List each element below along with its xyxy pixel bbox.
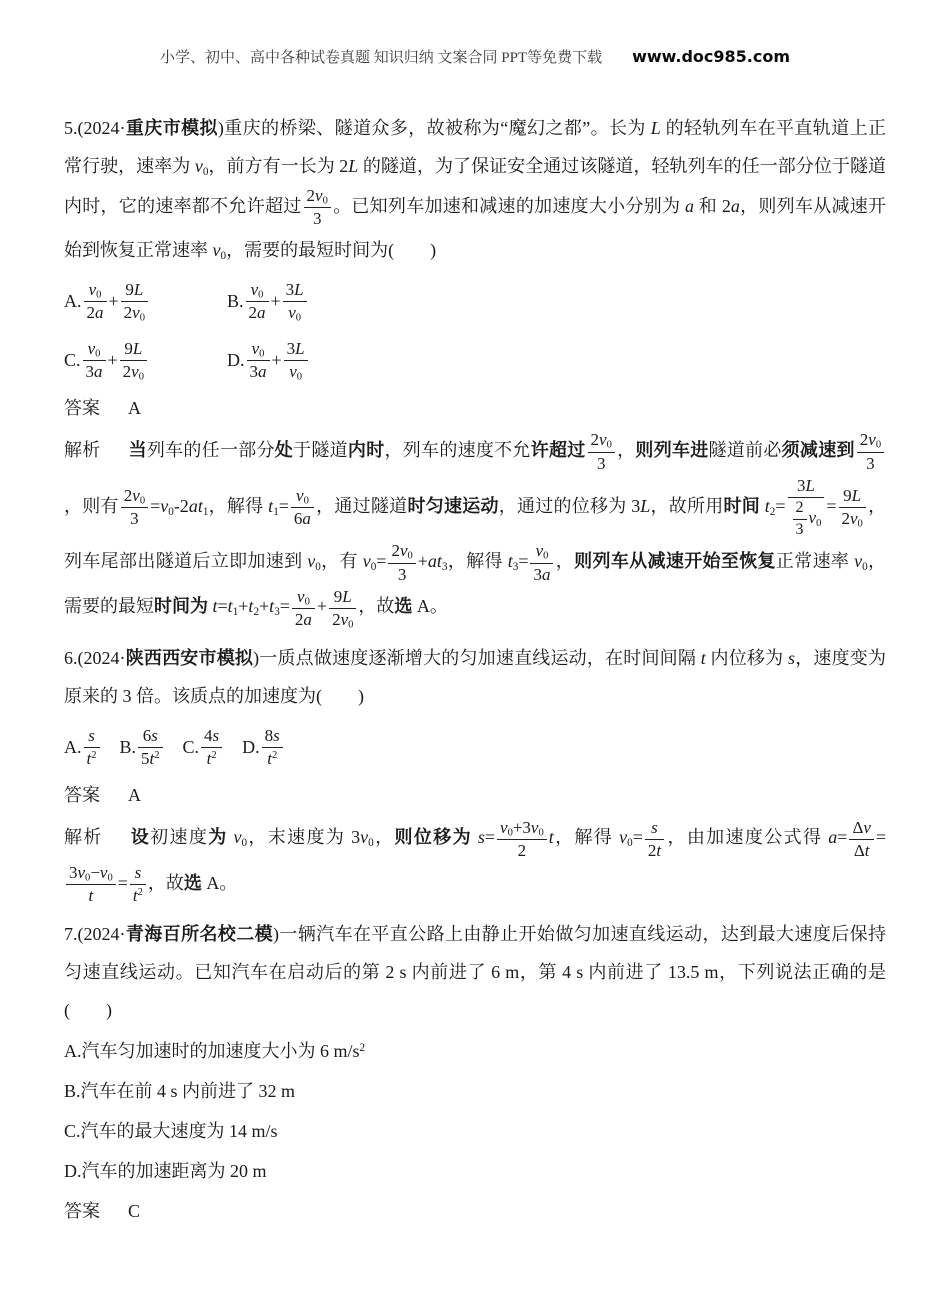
analysis-label: 解析 xyxy=(64,440,101,460)
q5-analysis: 解析当列车的任一部分处于隧道内时，列车的速度不允许超过2v03，则列车进隧道前必… xyxy=(64,429,886,630)
q6-answer-value: A xyxy=(128,785,141,805)
fraction: 9L2v0 xyxy=(839,485,866,530)
fraction: 2v03 xyxy=(121,485,148,530)
q6-option-d: D.8st2 xyxy=(242,725,285,770)
fraction: st2 xyxy=(84,725,100,770)
answer-label: 答案 xyxy=(64,1201,100,1221)
fraction: v03a xyxy=(83,338,106,383)
question-7-stem: 7.(2024·青海百所名校二模)一辆汽车在平直公路上由静止开始做匀加速直线运动… xyxy=(64,915,886,1029)
q5-option-b: B.v02a+3Lv0 xyxy=(227,279,310,324)
q7-answer-row: 答案C xyxy=(64,1192,886,1230)
question-6-options: A.st2 B.6s5t2 C.4st2 D.8st2 xyxy=(64,725,886,770)
fraction: 4st2 xyxy=(201,725,222,770)
fraction: 3Lv0 xyxy=(284,338,308,383)
q5-option-d: D.v03a+3Lv0 xyxy=(227,338,310,383)
fraction: 3L23v0 xyxy=(788,475,825,541)
q6-analysis-body: 设初速度为 v0，末速度为 3v0，则位移为 s=v0+3v02t，解得 v0=… xyxy=(64,827,886,892)
answer-label: 答案 xyxy=(64,785,100,805)
fraction: v06a xyxy=(291,485,314,530)
page-header: 小学、初中、高中各种试卷真题 知识归纳 文案合同 PPT等免费下载www.doc… xyxy=(64,46,886,67)
fraction: ΔvΔt xyxy=(849,817,873,862)
q5-answer-value: A xyxy=(128,398,141,418)
fraction: 3v0−v0t xyxy=(66,862,116,907)
header-text: 小学、初中、高中各种试卷真题 知识归纳 文案合同 PPT等免费下载 xyxy=(160,50,602,66)
question-6: 6.(2024·陕西西安市模拟)一质点做速度逐渐增大的匀加速直线运动，在时间间隔… xyxy=(64,639,886,907)
q5-option-a: A.v02a+9L2v0 xyxy=(64,279,189,324)
fraction: v03a xyxy=(530,540,553,585)
fraction: 2v03 xyxy=(588,429,615,474)
q5-option-c: C.v03a+9L2v0 xyxy=(64,338,189,383)
fraction: 23 xyxy=(793,498,807,541)
fraction: 9L2v0 xyxy=(121,279,148,324)
question-6-stem: 6.(2024·陕西西安市模拟)一质点做速度逐渐增大的匀加速直线运动，在时间间隔… xyxy=(64,639,886,715)
fraction: 6s5t2 xyxy=(138,725,163,770)
q6-option-b: B.6s5t2 xyxy=(120,725,165,770)
fraction: 2v03 xyxy=(304,185,331,230)
question-5-options: A.v02a+9L2v0 B.v02a+3Lv0 C.v03a+9L2v0 D.… xyxy=(64,279,886,384)
question-5-stem: 5.(2024·重庆市模拟)重庆的桥梁、隧道众多，故被称为“魔幻之都”。长为 L… xyxy=(64,109,886,269)
q6-answer-row: 答案A xyxy=(64,776,886,814)
site-link[interactable]: www.doc985.com xyxy=(632,47,790,66)
q6-option-c: C.4st2 xyxy=(183,725,225,770)
fraction: 2v03 xyxy=(388,540,415,585)
fraction: 2v03 xyxy=(857,429,884,474)
q5-answer-row: 答案A xyxy=(64,389,886,427)
fraction: v02a xyxy=(84,279,107,324)
fraction: 9L2v0 xyxy=(120,338,147,383)
fraction: v03a xyxy=(247,338,270,383)
answer-label: 答案 xyxy=(64,398,100,418)
fraction: v0+3v02 xyxy=(497,817,547,862)
fraction: 8st2 xyxy=(262,725,283,770)
q6-option-a: A.st2 xyxy=(64,725,102,770)
q7-option-c: C.汽车的最大速度为 14 m/s xyxy=(64,1112,886,1150)
fraction: v02a xyxy=(292,586,315,631)
q7-option-a: A.汽车匀加速时的加速度大小为 6 m/s2 xyxy=(64,1032,886,1070)
q7-option-d: D.汽车的加速距离为 20 m xyxy=(64,1152,886,1190)
fraction: st2 xyxy=(130,862,146,907)
analysis-label: 解析 xyxy=(64,827,103,847)
fraction: s2t xyxy=(645,817,664,862)
question-7: 7.(2024·青海百所名校二模)一辆汽车在平直公路上由静止开始做匀加速直线运动… xyxy=(64,915,886,1230)
document-page: 小学、初中、高中各种试卷真题 知识归纳 文案合同 PPT等免费下载www.doc… xyxy=(0,0,950,1230)
fraction: 3Lv0 xyxy=(283,279,307,324)
q5-analysis-body: 当列车的任一部分处于隧道内时，列车的速度不允许超过2v03，则列车进隧道前必须减… xyxy=(64,440,886,616)
fraction: 9L2v0 xyxy=(329,586,356,631)
q7-answer-value: C xyxy=(128,1201,140,1221)
q7-option-b: B.汽车在前 4 s 内前进了 32 m xyxy=(64,1072,886,1110)
fraction: v02a xyxy=(246,279,269,324)
q6-analysis: 解析设初速度为 v0，末速度为 3v0，则位移为 s=v0+3v02t，解得 v… xyxy=(64,817,886,908)
question-5: 5.(2024·重庆市模拟)重庆的桥梁、隧道众多，故被称为“魔幻之都”。长为 L… xyxy=(64,109,886,631)
